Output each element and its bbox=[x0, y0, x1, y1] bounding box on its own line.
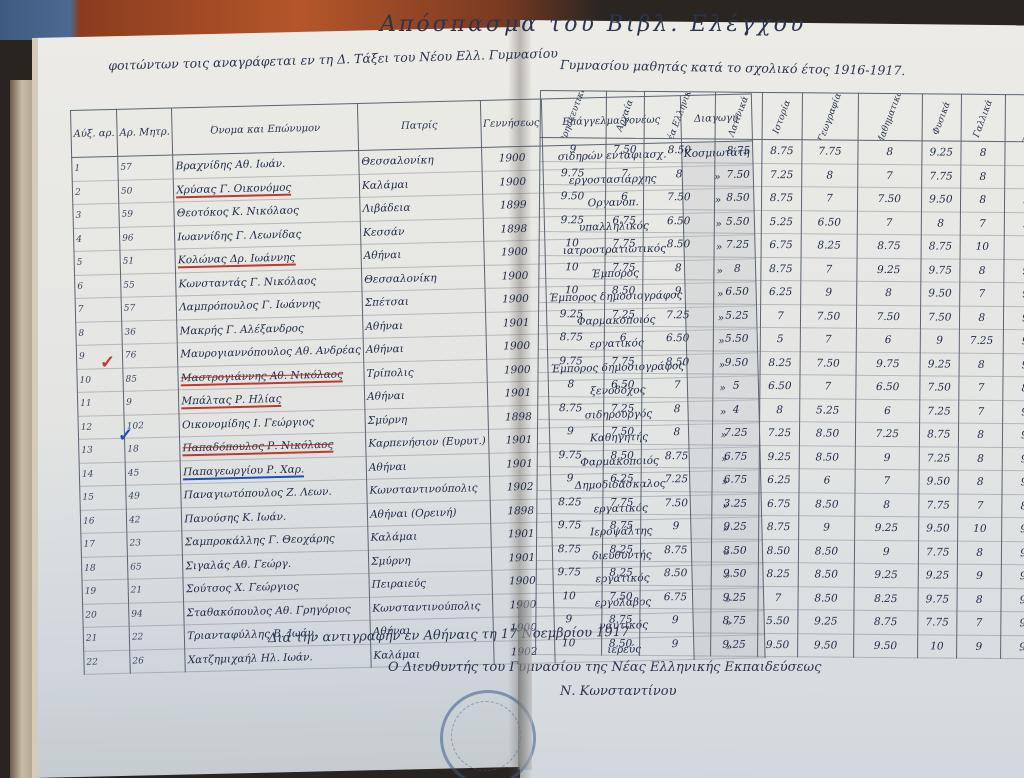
grade-cell: 8.50 bbox=[603, 444, 641, 468]
grade-cell: 9.75 bbox=[1004, 283, 1024, 307]
grade-cell: 9.50 bbox=[1002, 541, 1024, 565]
grade-cell: 9 bbox=[642, 279, 713, 303]
registry-number-text: 26 bbox=[132, 656, 144, 666]
grade-cell: 6 bbox=[856, 399, 920, 423]
grade-cell: 5 bbox=[713, 374, 760, 398]
serial-number: 6 bbox=[75, 274, 122, 299]
grade-cell: 6.75 bbox=[640, 585, 711, 609]
grade-cell: 9 bbox=[957, 635, 1001, 659]
grade-cell: 9.25 bbox=[711, 515, 758, 539]
grade-cell: 7.50 bbox=[643, 185, 714, 209]
grade-cell: 8.75 bbox=[640, 538, 711, 562]
grade-cell: 6.50 bbox=[642, 326, 713, 350]
grade-col-label: Φυσικά bbox=[931, 100, 952, 136]
serial-number-text: 11 bbox=[80, 399, 92, 409]
grade-cell: 9.25 bbox=[1005, 189, 1024, 213]
grade-cell: 8 bbox=[959, 353, 1003, 377]
grade-cell: 9.50 bbox=[713, 351, 760, 375]
birthplace: Θεσσαλονίκη bbox=[361, 265, 484, 291]
registry-number: 51 bbox=[120, 249, 176, 274]
grade-cell: 9 bbox=[854, 540, 918, 564]
grade-cell: 8 bbox=[961, 165, 1005, 189]
registry-number: 96 bbox=[119, 225, 175, 250]
grade-cell: 9.25 bbox=[539, 208, 605, 232]
grade-cell: 8 bbox=[857, 281, 921, 305]
student-name-text: Μαστρογιάννης Αθ. Νικόλαος bbox=[181, 368, 343, 386]
grade-cell: 9 bbox=[1005, 165, 1024, 189]
grade-cell: 8 bbox=[714, 257, 761, 281]
grade-cell: 9.25 bbox=[1005, 212, 1024, 236]
grade-cell: 8.50 bbox=[798, 563, 854, 587]
grade-cell: 9.75 bbox=[1001, 635, 1024, 659]
grade-cell: 9.75 bbox=[856, 352, 920, 376]
birth-year-text: 1901 bbox=[508, 528, 535, 541]
serial-number: 2 bbox=[72, 180, 119, 205]
grade-col-label: Ιστορία bbox=[771, 98, 793, 134]
birthplace-text: Καρπενήσιον (Ευρυτ.) bbox=[368, 435, 486, 450]
serial-number: 14 bbox=[79, 462, 126, 487]
grade-cell: 10 bbox=[958, 517, 1002, 541]
serial-number: 20 bbox=[83, 603, 130, 628]
serial-number-text: 15 bbox=[82, 493, 94, 503]
student-name-text: Παπαδόπουλος Ρ. Νικόλαος bbox=[182, 439, 333, 457]
grade-cell: 7 bbox=[960, 212, 1004, 236]
grade-cell: 9 bbox=[799, 516, 855, 540]
grade-cell: 8.50 bbox=[642, 350, 713, 374]
grade-cell: 10 bbox=[960, 235, 1004, 259]
grade-cell: 9.75 bbox=[540, 161, 606, 185]
grade-cell: 6 bbox=[605, 185, 643, 209]
birth-year-text: 1900 bbox=[503, 340, 530, 353]
grade-cell: 7.50 bbox=[602, 585, 640, 609]
serial-number-text: 8 bbox=[78, 328, 84, 338]
grade-cell: 6.25 bbox=[761, 280, 801, 304]
registry-number: 50 bbox=[118, 178, 174, 203]
grade-cell: 8.75 bbox=[603, 514, 641, 538]
grade-cell: 8.50 bbox=[640, 561, 711, 585]
grade-col-header: Φυσικά bbox=[922, 94, 962, 141]
grade-cell: 8 bbox=[921, 211, 961, 235]
grade-cell: 8 bbox=[855, 493, 919, 517]
director-title: Ο Διευθυντής του Γυμνασίου της Νέας Ελλη… bbox=[388, 660, 821, 675]
birthplace: Λιβάδεια bbox=[360, 194, 483, 220]
grade-cell: 9 bbox=[920, 329, 960, 353]
grade-cell: 9.25 bbox=[538, 302, 604, 326]
serial-number-text: 20 bbox=[85, 610, 97, 620]
serial-number-text: 9 bbox=[79, 352, 85, 362]
grade-col-header: Γαλλικά bbox=[961, 94, 1006, 141]
registry-number: 94 bbox=[129, 601, 185, 626]
serial-number-text: 12 bbox=[81, 422, 93, 432]
birthplace-text: Αθήναι (Ορεινή) bbox=[370, 506, 457, 520]
student-name-text: Ιωαννίδης Γ. Λεωνίδας bbox=[177, 228, 301, 243]
grade-cell: 8.75 bbox=[919, 423, 959, 447]
grade-cell: 9.25 bbox=[921, 141, 961, 165]
grade-cell: 9.75 bbox=[536, 560, 602, 584]
grade-cell: 10 bbox=[536, 584, 602, 608]
grade-cell: 9 bbox=[640, 608, 711, 632]
grade-cell: 6 bbox=[799, 469, 855, 493]
registry-number: 85 bbox=[123, 366, 179, 391]
grade-cell: 9 bbox=[855, 446, 919, 470]
grade-cell: 8 bbox=[641, 397, 712, 421]
grade-cell: 8 bbox=[961, 188, 1005, 212]
grade-cell: 6.75 bbox=[712, 468, 759, 492]
grade-cell: 7.75 bbox=[603, 491, 641, 515]
grade-col-header: Ιστορία bbox=[762, 92, 802, 139]
birthplace: Κωνσταντινούπολις bbox=[369, 594, 492, 620]
birthplace: Πειραιεύς bbox=[369, 570, 492, 596]
grade-cell: 8.50 bbox=[644, 138, 715, 162]
grade-cell: 7.75 bbox=[918, 540, 958, 564]
grade-cell: 8.50 bbox=[711, 539, 758, 563]
student-name-text: Παπαγεωργίου Ρ. Χαρ. bbox=[183, 463, 304, 480]
serial-number-text: 2 bbox=[75, 188, 81, 198]
serial-number-text: 3 bbox=[75, 211, 81, 221]
birth-year-text: 1898 bbox=[505, 411, 532, 424]
grade-col-label: Γεωγραφία bbox=[817, 93, 844, 140]
serial-number-text: 18 bbox=[84, 563, 96, 573]
birth-year-text: 1902 bbox=[507, 481, 534, 494]
grade-cell: 9.50 bbox=[920, 282, 960, 306]
grade-cell: 8.75 bbox=[538, 325, 604, 349]
grade-cell: 9.75 bbox=[537, 443, 603, 467]
grade-cell: 6.75 bbox=[759, 492, 799, 516]
grade-col-label: Αρχαία bbox=[615, 98, 636, 132]
birthplace-text: Σμύρνη bbox=[368, 414, 408, 427]
birth-year: 1899 bbox=[482, 193, 544, 218]
registry-number: 22 bbox=[129, 625, 185, 650]
registry-number-text: 57 bbox=[124, 304, 136, 314]
serial-number-text: 22 bbox=[86, 657, 98, 667]
grade-cell: 9.75 bbox=[1002, 518, 1024, 542]
grade-cell: 7.25 bbox=[642, 303, 713, 327]
registry-number-text: 59 bbox=[121, 210, 133, 220]
grade-cell: 9.50 bbox=[921, 188, 961, 212]
birthplace-text: Πειραιεύς bbox=[372, 578, 426, 591]
grade-cell: 9.75 bbox=[538, 349, 604, 373]
birthplace-text: Κωνσταντινούπολις bbox=[372, 600, 480, 615]
grade-cell: 9.75 bbox=[1004, 306, 1024, 330]
registry-number-text: 21 bbox=[131, 586, 143, 596]
birthplace-text: Τρίπολις bbox=[366, 366, 413, 379]
col-name: Όνομα και Επώνυμον bbox=[172, 103, 359, 155]
grade-cell: 7.75 bbox=[917, 611, 957, 635]
serial-number-text: 10 bbox=[79, 375, 91, 385]
grade-cell: 9.25 bbox=[759, 445, 799, 469]
grade-cell: 4 bbox=[712, 398, 759, 422]
grade-cell: 7.25 bbox=[641, 467, 712, 491]
grade-cell: 8.25 bbox=[602, 561, 640, 585]
grade-cell: 9 bbox=[639, 632, 710, 656]
grade-col-header: Θρησκευτικά bbox=[540, 91, 606, 139]
registry-number: 45 bbox=[125, 460, 181, 485]
grade-cell: 6.50 bbox=[604, 373, 642, 397]
student-name-text: Μαυρογιαννόπουλος Αθ. Ανδρέας bbox=[180, 344, 361, 360]
grade-cell: 8.75 bbox=[536, 537, 602, 561]
birthplace: Καλάμαι bbox=[368, 523, 491, 549]
birth-year-text: 1901 bbox=[506, 458, 533, 471]
grade-cell: 8 bbox=[957, 541, 1001, 565]
birthplace-text: Αθήναι bbox=[366, 343, 404, 356]
serial-number: 15 bbox=[80, 485, 127, 510]
grade-cell: 9.50 bbox=[797, 633, 853, 657]
registry-number-text: 76 bbox=[125, 351, 137, 361]
grade-cell: 9 bbox=[957, 564, 1001, 588]
birth-year: 1898 bbox=[483, 216, 545, 241]
grade-cell: 10 bbox=[539, 278, 605, 302]
student-name-text: Θεοτόκος Κ. Νικόλαος bbox=[177, 205, 299, 220]
birthplace: Αθήναι bbox=[363, 312, 486, 338]
serial-number: 21 bbox=[83, 626, 130, 651]
grade-cell: 9.75 bbox=[1001, 565, 1024, 589]
birth-year: 1900 bbox=[483, 240, 545, 265]
grade-cell: 8 bbox=[643, 256, 714, 280]
grade-cell: 7 bbox=[801, 257, 857, 281]
right-header-row: ΘρησκευτικάΑρχαίαΝέα ΕλληνικάΛατινικάΙστ… bbox=[540, 91, 1024, 144]
grade-cell: 6.25 bbox=[603, 467, 641, 491]
grade-col-label: Γαλλικά bbox=[972, 98, 995, 138]
birthplace: Τρίπολις bbox=[364, 359, 487, 385]
grade-cell: 9.50 bbox=[918, 517, 958, 541]
serial-number: 8 bbox=[76, 321, 123, 346]
grade-cell: 8.50 bbox=[758, 539, 798, 563]
grade-cell: 8.50 bbox=[714, 186, 761, 210]
grade-cell: 7.50 bbox=[856, 305, 920, 329]
director-signature: Ν. Κωνσταντίνου bbox=[560, 684, 677, 699]
registry-number-text: 57 bbox=[120, 163, 132, 173]
grade-cell: 7.50 bbox=[800, 304, 856, 328]
grade-cell: 9.25 bbox=[857, 258, 921, 282]
grade-cell: 10 bbox=[539, 255, 605, 279]
grade-cell: 9.25 bbox=[1003, 353, 1024, 377]
registry-number-text: 9 bbox=[126, 398, 132, 408]
grade-cell: 6.75 bbox=[761, 233, 801, 257]
grade-cell: 5.25 bbox=[800, 398, 856, 422]
student-name-text: Σταθακόπουλος Αθ. Γρηγόριος bbox=[186, 603, 350, 619]
grade-cell: 9.25 bbox=[798, 610, 854, 634]
grade-cell: 8.25 bbox=[602, 538, 640, 562]
registry-number-text: 22 bbox=[132, 633, 144, 643]
student-name-text: Μπάλτας Ρ. Ηλίας bbox=[181, 393, 281, 409]
grade-cell: 9.75 bbox=[1005, 142, 1024, 166]
grade-cell: 7 bbox=[760, 304, 800, 328]
registry-number-text: 36 bbox=[124, 327, 136, 337]
grade-col-label: Θρησκευτικά bbox=[558, 91, 589, 139]
birthplace-text: Κεσσάν bbox=[363, 226, 405, 239]
grade-cell: 5.50 bbox=[713, 327, 760, 351]
grade-cell: 9.75 bbox=[920, 258, 960, 282]
grade-cell: 8.50 bbox=[605, 279, 643, 303]
grade-cell: 8.75 bbox=[762, 139, 802, 163]
grade-cell: 7.50 bbox=[715, 163, 762, 187]
grade-cell: 6.75 bbox=[605, 209, 643, 233]
grade-cell: 8 bbox=[961, 141, 1005, 165]
grade-cell: 8 bbox=[538, 372, 604, 396]
grade-col-header: Γυμναστική bbox=[1005, 95, 1024, 143]
serial-number: 3 bbox=[73, 203, 120, 228]
red-checkmark-icon: ✓ bbox=[100, 352, 115, 373]
grade-cell: 7 bbox=[801, 187, 857, 211]
grade-cell: 6.75 bbox=[712, 445, 759, 469]
grade-cell: 7 bbox=[858, 164, 922, 188]
birthplace-text: Θεσσαλονίκη bbox=[364, 272, 437, 286]
grade-cell: 8.75 bbox=[921, 235, 961, 259]
grade-cell: 8.50 bbox=[799, 422, 855, 446]
registry-number: 23 bbox=[127, 531, 183, 556]
grade-cell: 8.25 bbox=[758, 562, 798, 586]
registry-number: 65 bbox=[127, 554, 183, 579]
grade-cell: 7 bbox=[959, 376, 1003, 400]
grade-cell: 8.50 bbox=[799, 445, 855, 469]
grade-cell: 9.25 bbox=[1002, 471, 1024, 495]
grade-cell: 9.50 bbox=[757, 633, 797, 657]
grade-cell: 8 bbox=[858, 140, 922, 164]
grade-cell: 7 bbox=[800, 375, 856, 399]
grade-cell: 6.50 bbox=[856, 375, 920, 399]
birthplace: Αθήναι bbox=[363, 335, 486, 361]
grade-cell: 7.25 bbox=[714, 233, 761, 257]
serial-number-text: 5 bbox=[77, 258, 83, 268]
grade-cell: 9.50 bbox=[919, 470, 959, 494]
grade-cell: 7.25 bbox=[759, 421, 799, 445]
grade-cell: 9.75 bbox=[1003, 424, 1024, 448]
grade-cell: 9.75 bbox=[918, 587, 958, 611]
grade-cell: 7.50 bbox=[603, 420, 641, 444]
grade-cell: 6 bbox=[856, 328, 920, 352]
grade-col-header: Λατινικά bbox=[715, 92, 762, 139]
document-title: Απόσπασμα του Βιβλ. Ελέγχου bbox=[380, 12, 806, 37]
grade-cell: 8 bbox=[958, 470, 1002, 494]
grade-cell: 7 bbox=[642, 373, 713, 397]
student-name-text: Κωνσταντάς Γ. Νικόλαος bbox=[178, 275, 316, 290]
grade-cell: 6.50 bbox=[801, 210, 857, 234]
grade-cell: 7 bbox=[957, 611, 1001, 635]
birthplace: Θεσσαλονίκη bbox=[359, 147, 482, 173]
serial-number: 22 bbox=[84, 650, 131, 675]
grade-cell: 10 bbox=[539, 231, 605, 255]
grade-cell: 8.75 bbox=[759, 515, 799, 539]
registry-number: 59 bbox=[119, 202, 175, 227]
registry-number: 49 bbox=[126, 484, 182, 509]
serial-number-text: 21 bbox=[86, 634, 98, 644]
grade-cell: 6.50 bbox=[760, 374, 800, 398]
grade-cell: 8.75 bbox=[761, 186, 801, 210]
birth-year-text: 1901 bbox=[506, 434, 533, 447]
grade-cell: 8 bbox=[959, 306, 1003, 330]
grade-cell: 8.75 bbox=[857, 234, 921, 258]
birthplace-text: Αθήναι bbox=[367, 390, 405, 403]
grade-cell: 6.50 bbox=[643, 209, 714, 233]
birthplace: Καλάμαι bbox=[359, 171, 482, 197]
serial-number-text: 14 bbox=[82, 469, 94, 479]
student-name-text: Σούτσος Χ. Γεώργιος bbox=[186, 581, 299, 596]
birthplace-text: Θεσσαλονίκη bbox=[361, 154, 434, 168]
grade-cell: 9 bbox=[540, 138, 606, 162]
grade-cell: 9 bbox=[640, 514, 711, 538]
grade-cell: 8 bbox=[960, 259, 1004, 283]
registry-number: 55 bbox=[121, 272, 177, 297]
grade-cell: 9.50 bbox=[539, 185, 605, 209]
registry-number: 21 bbox=[128, 578, 184, 603]
birthplace-text: Αθήναι bbox=[365, 320, 403, 333]
grade-cell: 8.25 bbox=[760, 351, 800, 375]
birthplace: Αθήναι (Ορεινή) bbox=[367, 500, 490, 526]
grade-col-label: Νέα Ελληνικά bbox=[663, 91, 695, 139]
birth-year-text: 1900 bbox=[499, 176, 526, 189]
registry-number: 57 bbox=[118, 155, 174, 180]
grade-cell: 6.25 bbox=[759, 468, 799, 492]
registry-number: 36 bbox=[122, 319, 178, 344]
grade-cell: 8.50 bbox=[799, 492, 855, 516]
grade-cell: 7.25 bbox=[712, 421, 759, 445]
registry-number-text: 18 bbox=[127, 445, 139, 455]
registry-number-text: 65 bbox=[130, 562, 142, 572]
grade-cell: 3.25 bbox=[712, 492, 759, 516]
birth-year-text: 1900 bbox=[504, 364, 531, 377]
birth-year-text: 1900 bbox=[502, 293, 529, 306]
grades-table: ΘρησκευτικάΑρχαίαΝέα ΕλληνικάΛατινικάΙστ… bbox=[535, 90, 1024, 661]
grade-cell: 8 bbox=[760, 398, 800, 422]
grade-cell: 8.25 bbox=[801, 234, 857, 258]
col-registry: Αρ. Μητρ. bbox=[116, 108, 172, 156]
grade-cell: 7 bbox=[959, 400, 1003, 424]
grade-cell: 9.50 bbox=[711, 562, 758, 586]
serial-number: 7 bbox=[75, 297, 122, 322]
grade-cell: 7 bbox=[800, 328, 856, 352]
grade-cell: 7 bbox=[960, 282, 1004, 306]
grade-cell: 9.25 bbox=[1004, 330, 1024, 354]
birth-year-text: 1901 bbox=[504, 387, 531, 400]
student-name-text: Παναγιωτόπουλος Ζ. Λεων. bbox=[184, 486, 332, 502]
student-name-text: Λαμπρόπουλος Γ. Ιωάννης bbox=[179, 298, 321, 313]
grade-col-label: Μαθηματικά bbox=[875, 93, 905, 141]
grade-cell: 7.50 bbox=[857, 187, 921, 211]
birthplace: Σμύρνη bbox=[365, 406, 488, 432]
grade-cell: 7.50 bbox=[606, 138, 644, 162]
grade-cell: 7.75 bbox=[918, 493, 958, 517]
serial-number: 4 bbox=[73, 227, 120, 252]
birthplace-text: Σμύρνη bbox=[371, 555, 411, 568]
grade-cell: 9.25 bbox=[710, 633, 757, 657]
student-name: Χατζημιχαήλ Ηλ. Ιωάν. bbox=[185, 644, 371, 672]
grade-cell: 7.25 bbox=[919, 399, 959, 423]
birthplace-text: Λιβάδεια bbox=[362, 202, 410, 215]
grade-col-header: Μαθηματικά bbox=[858, 93, 922, 141]
birthplace: Αθήναι bbox=[366, 453, 489, 479]
registry-number-text: 50 bbox=[121, 186, 133, 196]
birthplace-text: Σπέτσαι bbox=[365, 296, 409, 309]
grade-cell: 9.50 bbox=[854, 634, 918, 658]
grade-cell: 8 bbox=[644, 162, 715, 186]
grade-cell: 6 bbox=[604, 326, 642, 350]
grade-cell: 9.25 bbox=[854, 563, 918, 587]
grade-cell: 8.25 bbox=[537, 490, 603, 514]
birth-year-text: 1901 bbox=[503, 317, 530, 330]
col-serial: Αύξ. αρ. bbox=[71, 109, 118, 157]
serial-number-text: 19 bbox=[85, 587, 97, 597]
serial-number-text: 16 bbox=[83, 516, 95, 526]
grade-col-header: Γεωγραφία bbox=[802, 93, 858, 140]
grade-cell: 5 bbox=[760, 327, 800, 351]
birth-year-text: 1900 bbox=[499, 152, 526, 165]
grade-cell: 8.75 bbox=[1003, 377, 1024, 401]
serial-number-text: 1 bbox=[74, 164, 80, 174]
registry-number: 9 bbox=[123, 390, 179, 415]
student-name-text: Χατζημιχαήλ Ηλ. Ιωάν. bbox=[188, 651, 313, 666]
birthplace-text: Καλάμαι bbox=[362, 178, 409, 191]
grade-cell: 8.50 bbox=[643, 232, 714, 256]
